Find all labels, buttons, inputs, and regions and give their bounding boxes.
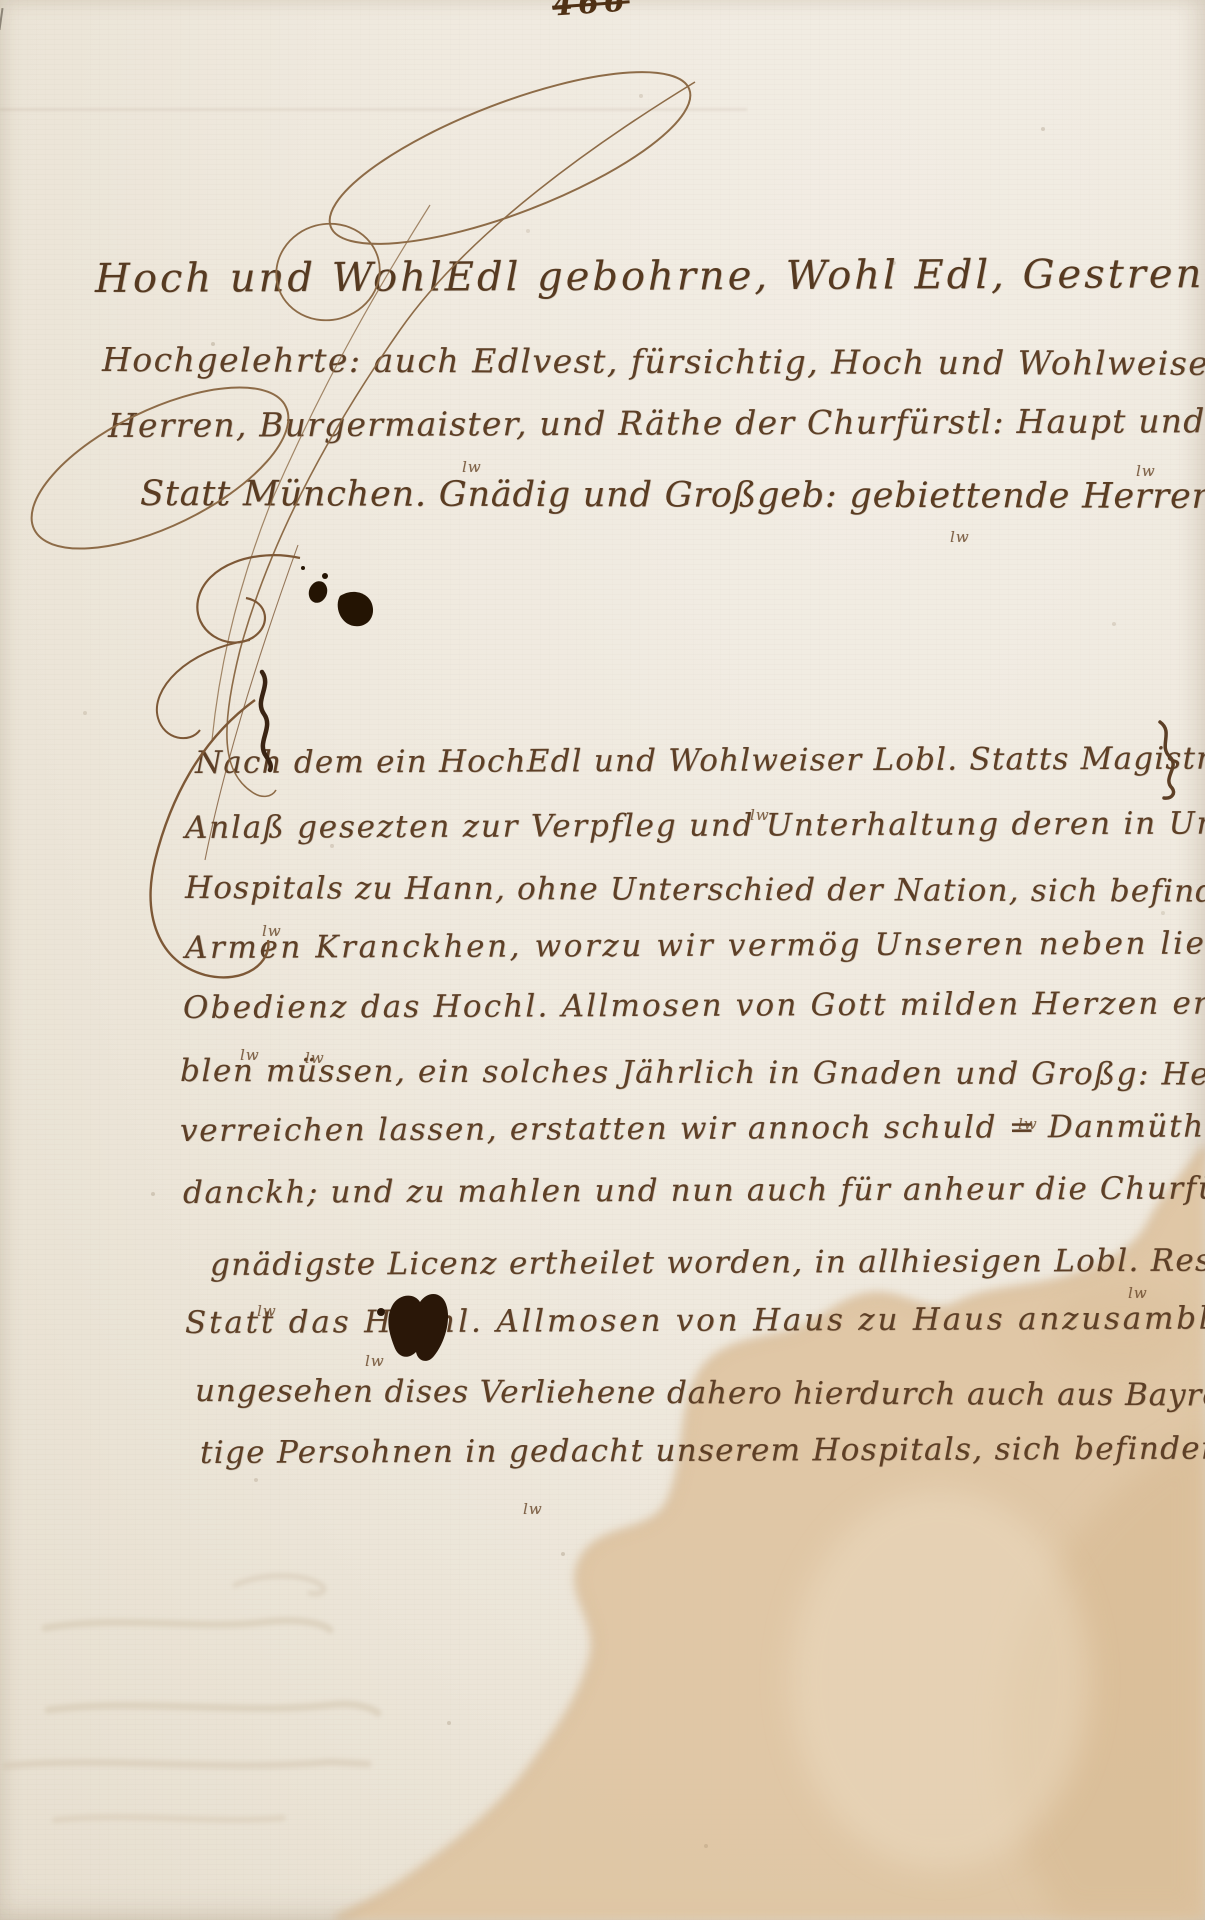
- interlinear-mark: lw: [950, 528, 970, 546]
- interlinear-mark: lw: [305, 1049, 325, 1067]
- manuscript-page: 466 Hoch und WohlEdl gebohrne, Wohl Edl,…: [0, 0, 1205, 1920]
- address-line: Herren, Burgermaister, und Räthe der Chu…: [108, 400, 1205, 445]
- body-line: blen müssen, ein solches Jährlich in Gna…: [180, 1053, 1205, 1093]
- ink-blot-upper: [301, 566, 373, 626]
- body-line: Nach dem ein HochEdl und Wohlweiser Lobl…: [195, 740, 1205, 781]
- address-line: Hochgelehrte: auch Edlvest, fürsichtig, …: [102, 340, 1205, 383]
- page-number-mark: 466: [551, 0, 631, 24]
- body-line: tige Persohnen in gedacht unserem Hospit…: [200, 1430, 1205, 1471]
- body-line: Hospitals zu Hann, ohne Unterschied der …: [185, 870, 1205, 910]
- interlinear-mark: lw: [262, 922, 282, 940]
- interlinear-mark: lw: [523, 1500, 543, 1518]
- address-line: Statt München. Gnädig und Großgeb: gebie…: [140, 474, 1205, 517]
- body-line: Statt das Hochl. Allmosen von Haus zu Ha…: [185, 1300, 1205, 1341]
- interlinear-mark: lw: [257, 1302, 277, 1320]
- body-line: ungesehen dises Verliehene dahero hierdu…: [195, 1373, 1205, 1414]
- interlinear-mark: lw: [750, 806, 770, 824]
- interlinear-mark: lw: [365, 1352, 385, 1370]
- interlinear-mark: lw: [1018, 1115, 1038, 1133]
- interlinear-mark: lw: [240, 1046, 260, 1064]
- body-line: verreichen lassen, erstatten wir annoch …: [180, 1108, 1205, 1149]
- body-line: gnädigste Licenz ertheilet worden, in al…: [210, 1242, 1205, 1283]
- body-line: danckh; und zu mahlen und nun auch für a…: [183, 1170, 1205, 1211]
- ghost-writing: [5, 1576, 378, 1820]
- interlinear-mark: lw: [1136, 462, 1156, 480]
- paper-speckles: [0, 0, 2, 2]
- body-line: Armen Kranckhen, worzu wir vermög Unsere…: [185, 925, 1205, 966]
- body-line: Obedienz das Hochl. Allmosen von Gott mi…: [183, 985, 1205, 1026]
- fold-crease: [0, 108, 747, 111]
- interlinear-mark: lw: [462, 458, 482, 476]
- scan-edge-mark: [0, 8, 4, 30]
- interlinear-mark: lw: [1128, 1284, 1148, 1302]
- address-line: Hoch und WohlEdl gebohrne, Wohl Edl, Ges…: [95, 251, 1205, 302]
- body-line: Anlaß gesezten zur Verpfleg und Unterhal…: [185, 805, 1205, 846]
